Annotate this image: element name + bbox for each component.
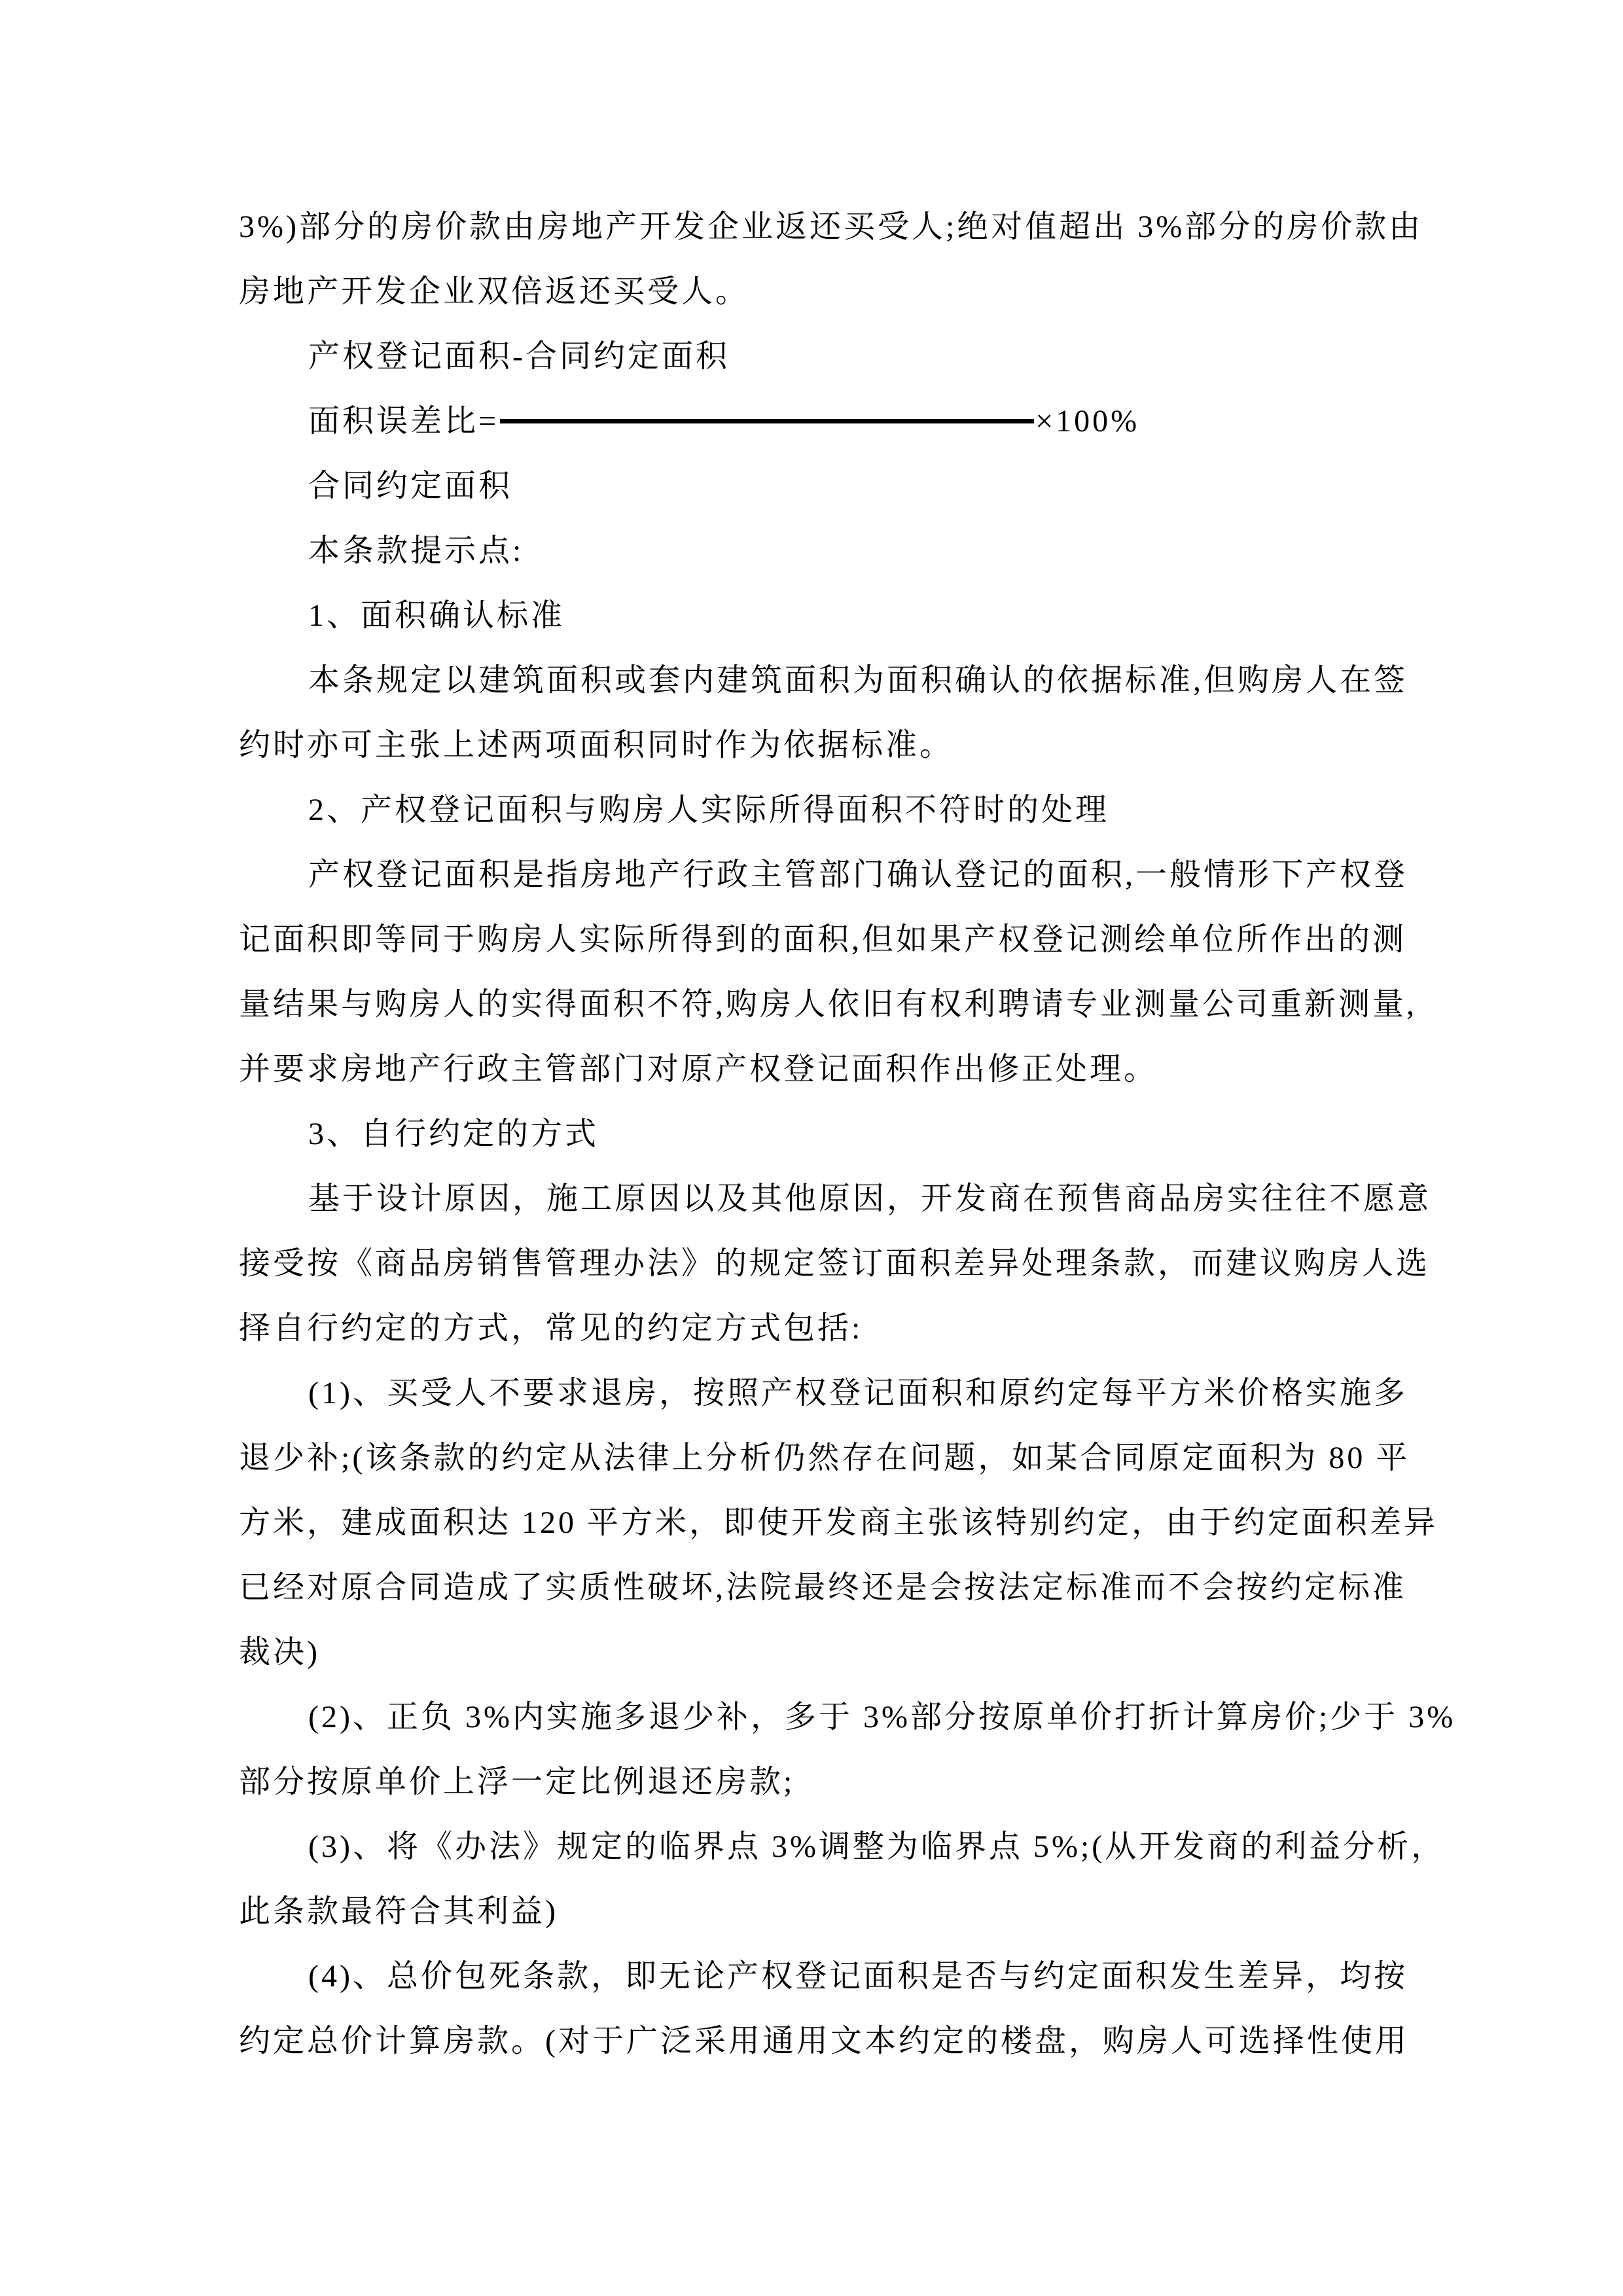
text-line: 记面积即等同于购房人实际所得到的面积,但如果产权登记测绘单位所作出的测 — [239, 907, 1381, 972]
text-line: (4)、总价包死条款，即无论产权登记面积是否与约定面积发生差异，均按 — [239, 1944, 1381, 2009]
formula-label: 面积误差比= — [308, 389, 499, 454]
document-body: 3%)部分的房价款由房地产开发企业返还买受人;绝对值超出 3%部分的房价款由 房… — [239, 194, 1381, 2073]
text-line: 约时亦可主张上述两项面积同时作为依据标准。 — [239, 713, 1381, 778]
text-line: 方米，建成面积达 120 平方米，即使开发商主张该特别约定，由于约定面积差异 — [239, 1490, 1381, 1555]
text-line: 退少补;(该条款的约定从法律上分析仍然存在问题，如某合同原定面积为 80 平 — [239, 1426, 1381, 1490]
document-page: 3%)部分的房价款由房地产开发企业返还买受人;绝对值超出 3%部分的房价款由 房… — [0, 0, 1623, 2296]
text-line: 1、面积确认标准 — [239, 583, 1381, 648]
text-line: 3%)部分的房价款由房地产开发企业返还买受人;绝对值超出 3%部分的房价款由 — [239, 194, 1381, 259]
text-line: (2)、正负 3%内实施多退少补，多于 3%部分按原单价打折计算房价;少于 3% — [239, 1685, 1381, 1749]
formula-multiplier: ×100% — [1035, 389, 1139, 454]
formula-numerator-line: 产权登记面积-合同约定面积 — [239, 324, 1381, 389]
text-line: (3)、将《办法》规定的临界点 3%调整为临界点 5%;(从开发商的利益分析， — [239, 1814, 1381, 1879]
text-line: 此条款最符合其利益) — [239, 1879, 1381, 1944]
formula-denominator-line: 合同约定面积 — [239, 454, 1381, 518]
text-line: 产权登记面积是指房地产行政主管部门确认登记的面积,一般情形下产权登 — [239, 842, 1381, 907]
text-line: 房地产开发企业双倍返还买受人。 — [239, 259, 1381, 324]
text-line: 本条规定以建筑面积或套内建筑面积为面积确认的依据标准,但购房人在签 — [239, 648, 1381, 713]
text-line: (1)、买受人不要求退房，按照产权登记面积和原约定每平方米价格实施多 — [239, 1361, 1381, 1426]
text-line: 并要求房地产行政主管部门对原产权登记面积作出修正处理。 — [239, 1037, 1381, 1102]
text-line: 量结果与购房人的实得面积不符,购房人依旧有权利聘请专业测量公司重新测量, — [239, 972, 1381, 1037]
formula-bar-line: 面积误差比= ×100% — [239, 389, 1381, 454]
text-line: 接受按《商品房销售管理办法》的规定签订面积差异处理条款，而建议购房人选 — [239, 1231, 1381, 1296]
text-line: 部分按原单价上浮一定比例退还房款; — [239, 1749, 1381, 1814]
text-line: 本条款提示点: — [239, 518, 1381, 583]
text-line: 已经对原合同造成了实质性破坏,法院最终还是会按法定标准而不会按约定标准 — [239, 1555, 1381, 1620]
text-line: 2、产权登记面积与购房人实际所得面积不符时的处理 — [239, 778, 1381, 842]
text-line: 裁决) — [239, 1620, 1381, 1685]
text-line: 约定总价计算房款。(对于广泛采用通用文本约定的楼盘，购房人可选择性使用 — [239, 2009, 1381, 2073]
fraction-bar — [500, 419, 1034, 423]
text-line: 基于设计原因，施工原因以及其他原因，开发商在预售商品房实往往不愿意 — [239, 1166, 1381, 1231]
text-line: 择自行约定的方式，常见的约定方式包括: — [239, 1296, 1381, 1361]
text-line: 3、自行约定的方式 — [239, 1102, 1381, 1166]
